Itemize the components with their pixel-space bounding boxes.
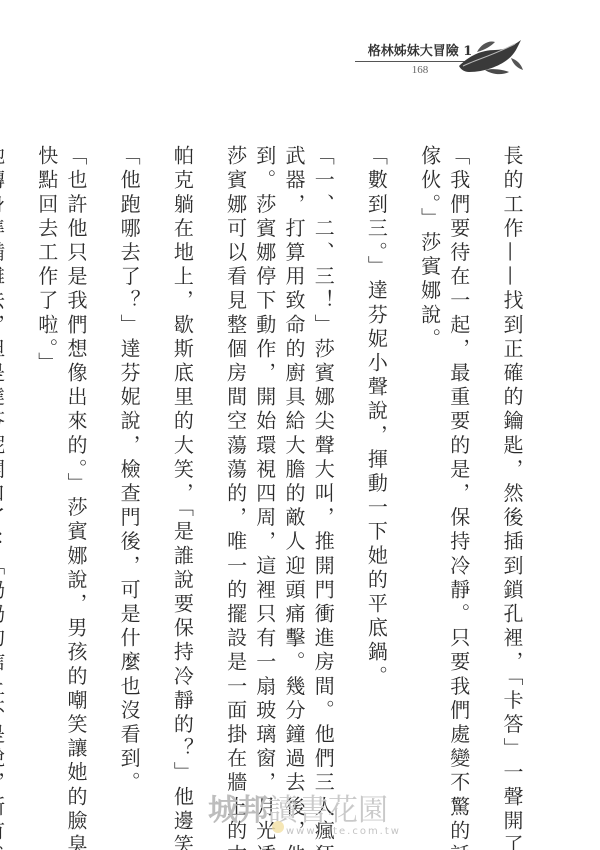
text-column: 「他跑哪去了？」達芬妮說，檢查門後，可是什麼也沒看到。 <box>114 145 167 755</box>
text-column: 「數到三。」達芬妮小聲說，揮動一下她的平底鍋。 <box>361 145 414 755</box>
text-column: 快點回去工作了啦。」 <box>32 145 61 755</box>
text-column: 莎賓娜可以看見整個房間空蕩蕩的，唯一的擺設是一面掛在牆上的木框全身鏡。 <box>220 145 249 755</box>
watermark-brand: 城邦讀書花園 <box>208 795 428 827</box>
watermark-brand-light: 讀書花園 <box>268 793 388 828</box>
publisher-watermark: 城邦讀書花園 www.cite.com.tw <box>208 795 428 845</box>
text-column: 「一、二、三！」莎賓娜尖聲大叫，推開門衝進房間。他們三人瘋狂揮舞著手上的 <box>308 145 361 755</box>
watermark-dot-icon <box>272 821 284 833</box>
book-page: 格林姊妹大冒險 1 168 長的工作——找到正確的鑰匙，然後插到鎖孔裡，「卡答」… <box>0 0 600 850</box>
vertical-body-text: 長的工作——找到正確的鑰匙，然後插到鎖孔裡，「卡答」一聲開了鎖。 「我們要待在一… <box>0 145 526 755</box>
text-column: 長的工作——找到正確的鑰匙，然後插到鎖孔裡，「卡答」一聲開了鎖。 <box>497 145 526 755</box>
text-column: 到。莎賓娜停下動作，開始環視四周，這裡只有一扇玻璃窗，月光透過窗戶照了進來， <box>250 145 279 755</box>
watermark-brand-bold: 城邦 <box>208 793 268 828</box>
text-column: 「也許他只是我們想像出來的。」莎賓娜說，男孩的嘲笑讓她的臉臭到不行。「我們 <box>61 145 114 755</box>
text-column: 帕克躺在地上，歇斯底里的大笑，「是誰說要保持冷靜的？」他邊笑邊吼。 <box>167 145 220 755</box>
text-column: 「我們要待在一起，最重要的是，保持冷靜。只要我們處變不驚的話，就能逮到那 <box>444 145 497 755</box>
leaf-icon <box>455 36 525 78</box>
text-column: 她轉身準備離去，但是達芬妮開口了：「奶奶的信上不是說，所有我們需要的答 <box>0 145 32 755</box>
text-column: 傢伙。」莎賓娜說。 <box>414 145 443 755</box>
text-column: 武器，打算用致命的廚具給大膽的敵人迎頭痛擊。幾分鐘過去後，他們發現什麼也沒打 <box>279 145 308 755</box>
watermark-url: www.cite.com.tw <box>286 826 401 837</box>
